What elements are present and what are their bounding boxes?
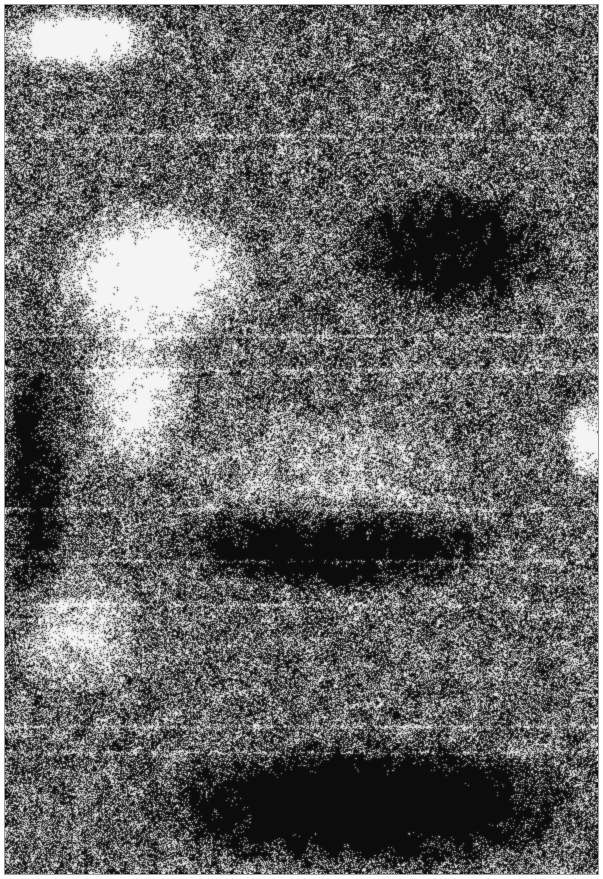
rug-product-image: [4, 4, 599, 875]
rug-texture: [5, 5, 598, 874]
